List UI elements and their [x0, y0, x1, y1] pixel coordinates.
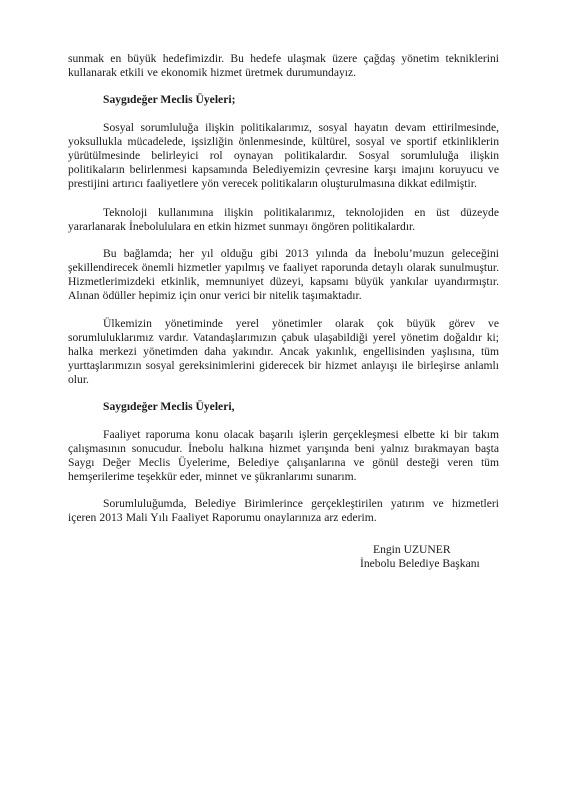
signature-name: Engin UZUNER — [373, 543, 451, 557]
paragraph-social-responsibility: Sosyal sorumluluğa ilişkin politikalarım… — [68, 121, 499, 191]
paragraph-local-government: Ülkemizin yönetiminde yerel yönetimler o… — [68, 317, 499, 387]
salutation-heading-2: Saygıdeğer Meclis Üyeleri, — [103, 400, 234, 414]
paragraph-technology: Teknoloji kullanımına ilişkin politikala… — [68, 206, 499, 234]
signature-title: İnebolu Belediye Başkanı — [360, 557, 480, 571]
paragraph-closing: Sorumluluğumda, Belediye Birimlerince ge… — [68, 497, 499, 525]
document-page: sunmak en büyük hedefimizdir. Bu hedefe … — [0, 0, 565, 800]
salutation-heading-1: Saygıdeğer Meclis Üyeleri; — [103, 93, 235, 107]
paragraph-context-2013: Bu bağlamda; her yıl olduğu gibi 2013 yı… — [68, 247, 499, 303]
paragraph-thanks: Faaliyet raporuma konu olacak başarılı i… — [68, 428, 499, 484]
paragraph-intro-continuation: sunmak en büyük hedefimizdir. Bu hedefe … — [68, 52, 499, 80]
